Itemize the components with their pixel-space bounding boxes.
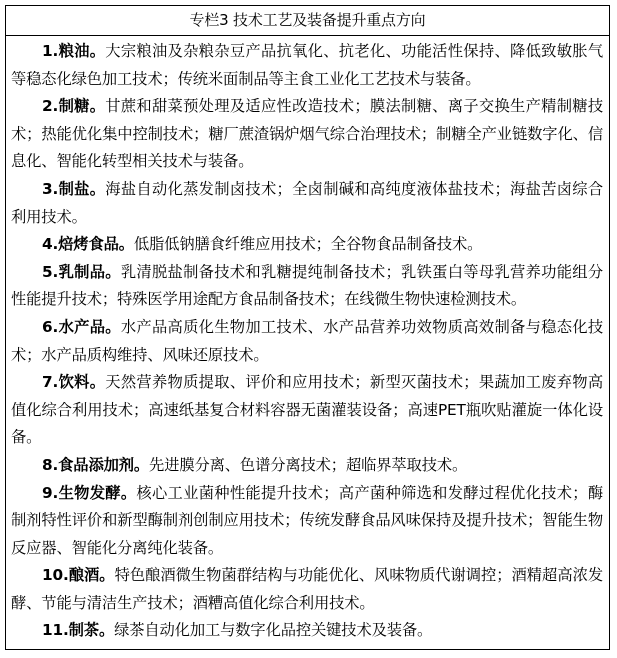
item-fermentation: 9.生物发酵。核心工业菌种性能提升技术；高产菌种筛选和发酵过程优化技术；酶制剂特… <box>11 480 603 563</box>
item-title: 11.制茶。 <box>42 621 114 639</box>
item-dairy: 5.乳制品。乳清脱盐制备技术和乳糖提纯制备技术；乳铁蛋白等母乳营养功能组分性能提… <box>11 259 603 314</box>
item-brewing: 10.酿酒。特色酿酒微生物菌群结构与功能优化、风味物质代谢调控；酒精超高浓发酵、… <box>11 562 603 617</box>
item-salt: 3.制盐。海盐自动化蒸发制卤技术；全卤制碱和高纯度液体盐技术；海盐苦卤综合利用技… <box>11 176 603 231</box>
item-title: 6.水产品。 <box>42 318 121 336</box>
box-content: 1.粮油。大宗粮油及杂粮杂豆产品抗氧化、抗老化、功能活性保持、降低致敏胀气等稳态… <box>6 36 609 645</box>
item-text: 绿茶自动化加工与数字化品控关键技术及装备。 <box>114 621 432 639</box>
item-beverage: 7.饮料。天然营养物质提取、评价和应用技术；新型灭菌技术；果蔬加工废弃物高值化综… <box>11 369 603 452</box>
box-title: 专栏3 技术工艺及装备提升重点方向 <box>6 6 609 36</box>
item-aquatic: 6.水产品。水产品高质化生物加工技术、水产品营养功效物质高效制备与稳态化技术；水… <box>11 314 603 369</box>
item-text: 低脂低钠膳食纤维应用技术；全谷物食品制备技术。 <box>134 235 482 253</box>
feature-box: 专栏3 技术工艺及装备提升重点方向 1.粮油。大宗粮油及杂粮杂豆产品抗氧化、抗老… <box>5 5 610 650</box>
item-title: 10.酿酒。 <box>42 566 115 584</box>
item-grain-oil: 1.粮油。大宗粮油及杂粮杂豆产品抗氧化、抗老化、功能活性保持、降低致敏胀气等稳态… <box>11 38 603 93</box>
item-tea: 11.制茶。绿茶自动化加工与数字化品控关键技术及装备。 <box>11 617 603 645</box>
item-food-additive: 8.食品添加剂。先进膜分离、色谱分离技术；超临界萃取技术。 <box>11 452 603 480</box>
item-sugar: 2.制糖。甘蔗和甜菜预处理及适应性改造技术；膜法制糖、离子交换生产精制糖技术；热… <box>11 93 603 176</box>
item-title: 8.食品添加剂。 <box>42 456 149 474</box>
item-title: 7.饮料。 <box>42 373 105 391</box>
item-title: 4.焙烤食品。 <box>42 235 134 253</box>
item-bakery: 4.焙烤食品。低脂低钠膳食纤维应用技术；全谷物食品制备技术。 <box>11 231 603 259</box>
item-title: 3.制盐。 <box>42 180 105 198</box>
item-title: 2.制糖。 <box>42 97 105 115</box>
item-title: 1.粮油。 <box>42 42 105 60</box>
item-title: 5.乳制品。 <box>42 263 121 281</box>
item-text: 先进膜分离、色谱分离技术；超临界萃取技术。 <box>149 456 467 474</box>
item-title: 9.生物发酵。 <box>42 484 136 502</box>
